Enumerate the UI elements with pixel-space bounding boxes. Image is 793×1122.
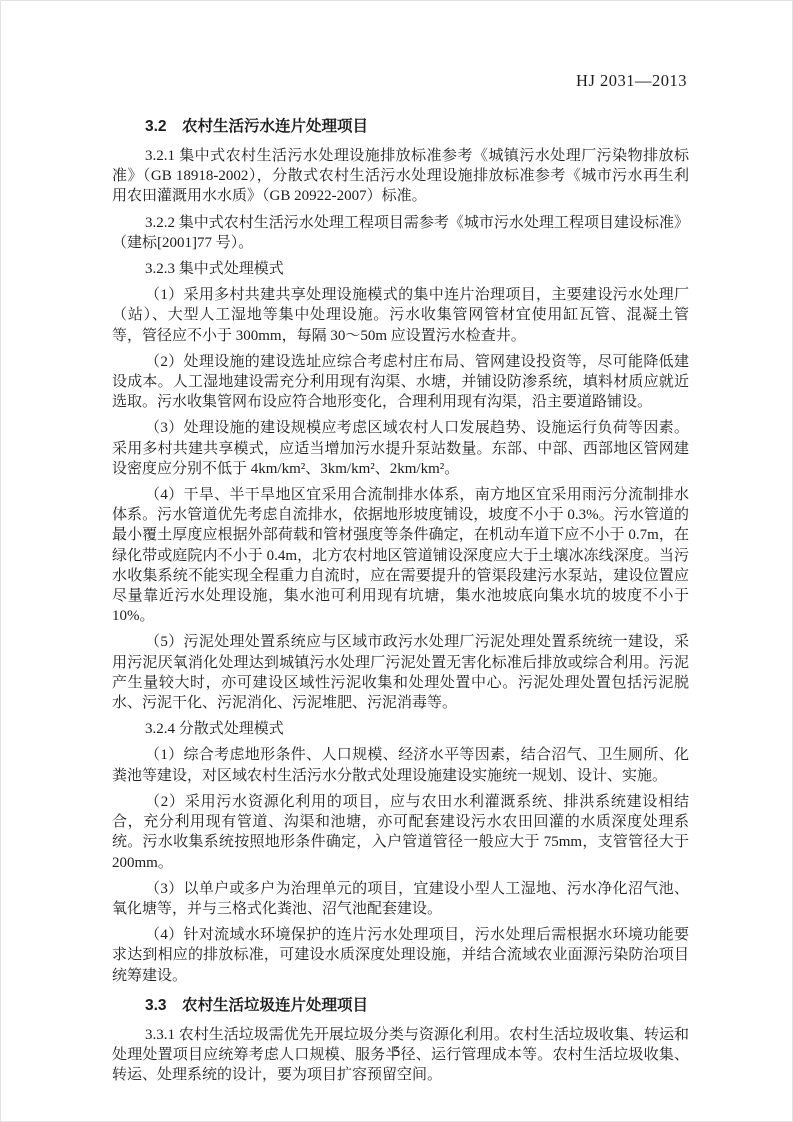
para-3-2-4-item-1: （1）综合考虑地形条件、人口规模、经济水平等因素，结合沼气、卫生厕所、化粪池等建…: [112, 745, 689, 785]
para-3-2-1: 3.2.1 集中式农村生活污水处理设施排放标准参考《城镇污水处理厂污染物排放标准…: [112, 146, 689, 207]
para-3-2-3-item-1: （1）采用多村共建共享处理设施模式的集中连片治理项目，主要建设污水处理厂（站）、…: [112, 285, 689, 346]
document-page: HJ 2031—2013 3.2 农村生活污水连片处理项目 3.2.1 集中式农…: [0, 0, 793, 1122]
para-3-2-3-item-4: （4）干旱、半干旱地区宜采用合流制排水体系，南方地区宜采用雨污分流制排水体系。污…: [112, 485, 689, 626]
para-3-2-4-item-2: （2）采用污水资源化利用的项目，应与农田水利灌溉系统、排洪系统建设相结合，充分利…: [112, 792, 689, 873]
section-heading-3-2: 3.2 农村生活污水连片处理项目: [112, 117, 689, 137]
doc-number: HJ 2031—2013: [112, 71, 687, 90]
para-3-2-3-item-3: （3）处理设施的建设规模应考虑区域农村人口发展趋势、设施运行负荷等因素。采用多村…: [112, 418, 689, 479]
para-3-2-4-item-3: （3）以单户或多户为治理单元的项目，宜建设小型人工湿地、污水净化沼气池、氧化塘等…: [112, 879, 689, 919]
para-3-2-4-item-4: （4）针对流域水环境保护的连片污水处理项目，污水处理后需根据水环境功能要求达到相…: [112, 925, 689, 986]
para-3-2-4: 3.2.4 分散式处理模式: [112, 719, 689, 739]
para-3-2-3-item-2: （2）处理设施的建设选址应综合考虑村庄布局、管网建设投资等，尽可能降低建设成本。…: [112, 352, 689, 413]
page-number: 5: [1, 1044, 792, 1061]
section-heading-3-3: 3.3 农村生活垃圾连片处理项目: [112, 996, 689, 1016]
para-3-2-3: 3.2.3 集中式处理模式: [112, 259, 689, 279]
para-3-2-3-item-5: （5）污泥处理处置系统应与区域市政污水处理厂污泥处理处置系统统一建设，采用污泥厌…: [112, 632, 689, 713]
para-3-2-2: 3.2.2 集中式农村生活污水处理工程项目需参考《城市污水处理工程项目建设标准》…: [112, 213, 689, 253]
